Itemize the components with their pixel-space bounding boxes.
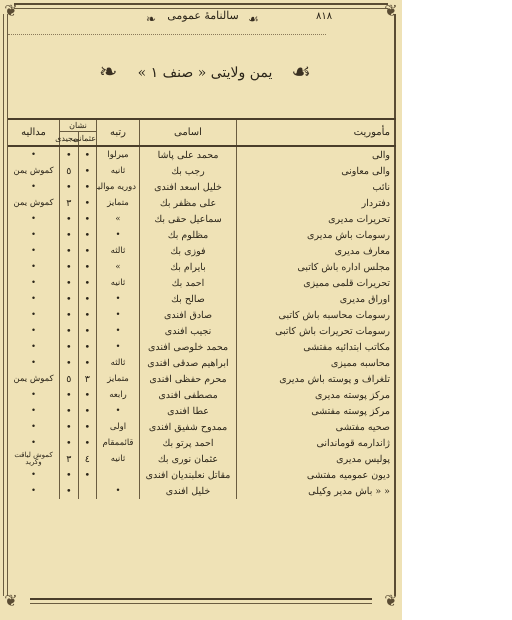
- cell-madaliye: •: [8, 419, 60, 435]
- cell-esami: صالح بك: [140, 291, 237, 307]
- cell-rutbe: •: [97, 307, 140, 323]
- cell-memuriyet: اوراق مدیری: [237, 291, 397, 307]
- cell-osmani: •: [78, 467, 97, 483]
- cell-esami: مقاتل نعلبندیان افندی: [140, 467, 237, 483]
- cell-rutbe: •: [97, 403, 140, 419]
- cell-rutbe: میرلوا: [97, 146, 140, 163]
- cell-madaliye: کموش لیاقت وکرید: [8, 451, 60, 467]
- cell-memuriyet: محاسبه ممیزی: [237, 355, 397, 371]
- table-row: تحریرات مدیریسماعیل حقی بك»•••: [8, 211, 396, 227]
- cell-memuriyet: والی: [237, 146, 397, 163]
- cell-osmani: •: [78, 291, 97, 307]
- cell-madaliye: •: [8, 435, 60, 451]
- cell-esami: خلیل افندی: [140, 483, 237, 499]
- table-row: « « باش مدیر وکیلیخلیل افندی•••: [8, 483, 396, 499]
- cell-esami: خلیل اسعد افندی: [140, 179, 237, 195]
- cell-madaliye: •: [8, 211, 60, 227]
- cell-memuriyet: معارف مدیری: [237, 243, 397, 259]
- cell-madaliye: کموش یمن: [8, 371, 60, 387]
- header-osmani: عثمانی: [78, 132, 97, 147]
- cell-mecidi: •: [60, 243, 79, 259]
- table-row: مجلس اداره باش کاتبیبایرام بك»•••: [8, 259, 396, 275]
- cell-memuriyet: مرکز پوسته مفتشی: [237, 403, 397, 419]
- cell-memuriyet: تحریرات قلمی ممیزی: [237, 275, 397, 291]
- cell-rutbe: »: [97, 211, 140, 227]
- cell-osmani: •: [78, 307, 97, 323]
- officials-table: مأموریت اسامی رتبه نشان مدالیه عثمانی مج…: [8, 118, 396, 499]
- cell-mecidi: •: [60, 435, 79, 451]
- cell-rutbe: •: [97, 291, 140, 307]
- table-row: محاسبه ممیزیابراهیم صدقی افندیثالثه•••: [8, 355, 396, 371]
- cell-osmani: •: [78, 435, 97, 451]
- cell-osmani: •: [78, 339, 97, 355]
- cell-memuriyet: ژاندارمه قوماندانی: [237, 435, 397, 451]
- cell-mecidi: •: [60, 467, 79, 483]
- cell-esami: نجیب افندی: [140, 323, 237, 339]
- cell-memuriyet: رسومات تحریرات باش کاتبی: [237, 323, 397, 339]
- scanned-page: ❦ ❦ ❦ ❦ ❧ سالنامهٔ عمومی ☙ ٨١٨ ❧ یمن ولا…: [0, 0, 402, 620]
- cell-madaliye: •: [8, 179, 60, 195]
- cell-rutbe: •: [97, 323, 140, 339]
- cell-esami: علی مظفر بك: [140, 195, 237, 211]
- cell-memuriyet: رسومات محاسبه باش کاتبی: [237, 307, 397, 323]
- table-row: نائبخلیل اسعد افندیدوریه موالیستدن•••: [8, 179, 396, 195]
- cell-esami: احمد پرتو بك: [140, 435, 237, 451]
- cell-memuriyet: « « باش مدیر وکیلی: [237, 483, 397, 499]
- cell-memuriyet: مکاتب ابتدائیه مفتشی: [237, 339, 397, 355]
- cell-esami: عثمان نوری بك: [140, 451, 237, 467]
- cell-memuriyet: نائب: [237, 179, 397, 195]
- cell-madaliye: •: [8, 403, 60, 419]
- cell-memuriyet: صحیه مفتشی: [237, 419, 397, 435]
- cell-esami: محمد خلوصی افندی: [140, 339, 237, 355]
- table-row: ژاندارمه قوماندانیاحمد پرتو بكقائممقام••…: [8, 435, 396, 451]
- cell-osmani: •: [78, 195, 97, 211]
- table-row: والیمحمد علی پاشامیرلوا•••: [8, 146, 396, 163]
- cell-memuriyet: مرکز پوسته مدیری: [237, 387, 397, 403]
- table-row: والی معاونیرجب بكثانیه•٥کموش یمن: [8, 163, 396, 179]
- cell-esami: مظلوم بك: [140, 227, 237, 243]
- cell-memuriyet: والی معاونی: [237, 163, 397, 179]
- cell-madaliye: •: [8, 146, 60, 163]
- cell-mecidi: •: [60, 339, 79, 355]
- cell-osmani: •: [78, 419, 97, 435]
- cell-madaliye: •: [8, 259, 60, 275]
- table-row: معارف مدیریفوزی بكثالثه•••: [8, 243, 396, 259]
- cell-rutbe: •: [97, 227, 140, 243]
- cell-rutbe: دوریه موالیستدن: [97, 179, 140, 195]
- header-mecidi: مجیدی: [60, 132, 79, 147]
- cell-osmani: ٣: [78, 371, 97, 387]
- cell-madaliye: کموش یمن: [8, 195, 60, 211]
- cell-madaliye: •: [8, 339, 60, 355]
- cell-mecidi: ٣: [60, 451, 79, 467]
- cell-mecidi: •: [60, 179, 79, 195]
- cell-esami: محرم حفظی افندی: [140, 371, 237, 387]
- cell-mecidi: ٣: [60, 195, 79, 211]
- cell-osmani: •: [78, 163, 97, 179]
- cell-rutbe: ثالثه: [97, 355, 140, 371]
- section-title: یمن ولایتی « صنف ١ »: [135, 65, 275, 81]
- corner-ornament-icon: ❦: [0, 590, 22, 612]
- cell-osmani: •: [78, 227, 97, 243]
- table-row: رسومات باش مدیریمظلوم بك••••: [8, 227, 396, 243]
- cell-madaliye: •: [8, 467, 60, 483]
- header-madaliye: مدالیه: [8, 119, 60, 146]
- fleuron-icon: ☙: [291, 60, 311, 85]
- cell-mecidi: •: [60, 291, 79, 307]
- cell-rutbe: ثانیه: [97, 163, 140, 179]
- fleuron-icon: ☙: [248, 12, 259, 26]
- table-row: پولیس مدیریعثمان نوری بكثانیه٤٣کموش لیاق…: [8, 451, 396, 467]
- cell-osmani: •: [78, 259, 97, 275]
- cell-madaliye: •: [8, 387, 60, 403]
- cell-esami: بایرام بك: [140, 259, 237, 275]
- cell-mecidi: •: [60, 211, 79, 227]
- cell-osmani: •: [78, 387, 97, 403]
- cell-mecidi: ٥: [60, 371, 79, 387]
- header-rutbe: رتبه: [97, 119, 140, 146]
- cell-madaliye: •: [8, 307, 60, 323]
- cell-mecidi: •: [60, 227, 79, 243]
- cell-madaliye: •: [8, 483, 60, 499]
- cell-mecidi: ٥: [60, 163, 79, 179]
- table-row: مرکز پوسته مدیریمصطفی افندیرابعه•••: [8, 387, 396, 403]
- cell-memuriyet: تلغراف و پوسته باش مدیری: [237, 371, 397, 387]
- running-head: ❧ سالنامهٔ عمومی ☙ ٨١٨: [0, 8, 402, 30]
- cell-mecidi: •: [60, 307, 79, 323]
- cell-mecidi: •: [60, 259, 79, 275]
- fleuron-icon: ❧: [99, 60, 117, 85]
- cell-osmani: •: [78, 403, 97, 419]
- table-row: صحیه مفتشیممدوح شفیق افندیاولی•••: [8, 419, 396, 435]
- page-number: ٨١٨: [316, 11, 332, 22]
- cell-madaliye: •: [8, 291, 60, 307]
- cell-osmani: •: [78, 179, 97, 195]
- cell-memuriyet: مجلس اداره باش کاتبی: [237, 259, 397, 275]
- cell-mecidi: •: [60, 275, 79, 291]
- cell-osmani: •: [78, 323, 97, 339]
- cell-esami: سماعیل حقی بك: [140, 211, 237, 227]
- header-nisan: نشان: [60, 119, 97, 132]
- cell-rutbe: •: [97, 483, 140, 499]
- cell-rutbe: •: [97, 339, 140, 355]
- running-head-title: سالنامهٔ عمومی: [148, 9, 258, 22]
- cell-esami: ابراهیم صدقی افندی: [140, 355, 237, 371]
- header-esami: اسامی: [140, 119, 237, 146]
- bottom-border-rule: [30, 598, 372, 604]
- cell-mecidi: •: [60, 419, 79, 435]
- cell-esami: فوزی بك: [140, 243, 237, 259]
- cell-memuriyet: دیون عمومیه مفتشی: [237, 467, 397, 483]
- table-row: مکاتب ابتدائیه مفتشیمحمد خلوصی افندی••••: [8, 339, 396, 355]
- cell-rutbe: [97, 467, 140, 483]
- header-memuriyet: مأموریت: [237, 119, 397, 146]
- cell-osmani: •: [78, 146, 97, 163]
- cell-osmani: ٤: [78, 451, 97, 467]
- cell-esami: ممدوح شفیق افندی: [140, 419, 237, 435]
- cell-madaliye: •: [8, 323, 60, 339]
- cell-mecidi: •: [60, 403, 79, 419]
- cell-rutbe: »: [97, 259, 140, 275]
- cell-rutbe: رابعه: [97, 387, 140, 403]
- cell-esami: مصطفی افندی: [140, 387, 237, 403]
- table-row: دفتردارعلی مظفر بكمتمایز•٣کموش یمن: [8, 195, 396, 211]
- table-row: تحریرات قلمی ممیزیاحمد بكثانیه•••: [8, 275, 396, 291]
- cell-mecidi: •: [60, 323, 79, 339]
- cell-rutbe: ثانیه: [97, 275, 140, 291]
- table-row: مرکز پوسته مفتشیعطا افندی••••: [8, 403, 396, 419]
- cell-memuriyet: تحریرات مدیری: [237, 211, 397, 227]
- cell-madaliye: •: [8, 275, 60, 291]
- cell-esami: رجب بك: [140, 163, 237, 179]
- cell-madaliye: کموش یمن: [8, 163, 60, 179]
- cell-mecidi: •: [60, 146, 79, 163]
- cell-esami: محمد علی پاشا: [140, 146, 237, 163]
- dotted-divider: [8, 34, 326, 35]
- cell-rutbe: قائممقام: [97, 435, 140, 451]
- cell-osmani: •: [78, 211, 97, 227]
- cell-rutbe: ثانیه: [97, 451, 140, 467]
- cell-esami: صادق افندی: [140, 307, 237, 323]
- corner-ornament-icon: ❦: [380, 590, 402, 612]
- cell-rutbe: متمایز: [97, 371, 140, 387]
- cell-memuriyet: پولیس مدیری: [237, 451, 397, 467]
- table-row: رسومات تحریرات باش کاتبینجیب افندی••••: [8, 323, 396, 339]
- cell-rutbe: ثالثه: [97, 243, 140, 259]
- cell-osmani: •: [78, 355, 97, 371]
- cell-esami: عطا افندی: [140, 403, 237, 419]
- cell-mecidi: •: [60, 355, 79, 371]
- cell-osmani: •: [78, 243, 97, 259]
- cell-rutbe: متمایز: [97, 195, 140, 211]
- table-row: رسومات محاسبه باش کاتبیصادق افندی••••: [8, 307, 396, 323]
- cell-osmani: •: [78, 275, 97, 291]
- table-row: دیون عمومیه مفتشیمقاتل نعلبندیان افندی••…: [8, 467, 396, 483]
- cell-mecidi: •: [60, 483, 79, 499]
- table-row: تلغراف و پوسته باش مدیریمحرم حفظی افندیم…: [8, 371, 396, 387]
- table-row: اوراق مدیریصالح بك••••: [8, 291, 396, 307]
- cell-madaliye: •: [8, 227, 60, 243]
- cell-rutbe: اولی: [97, 419, 140, 435]
- cell-mecidi: •: [60, 387, 79, 403]
- cell-memuriyet: رسومات باش مدیری: [237, 227, 397, 243]
- cell-memuriyet: دفتردار: [237, 195, 397, 211]
- cell-madaliye: •: [8, 243, 60, 259]
- cell-esami: احمد بك: [140, 275, 237, 291]
- section-heading: ❧ یمن ولایتی « صنف ١ » ☙: [95, 58, 315, 90]
- cell-osmani: [78, 483, 97, 499]
- cell-madaliye: •: [8, 355, 60, 371]
